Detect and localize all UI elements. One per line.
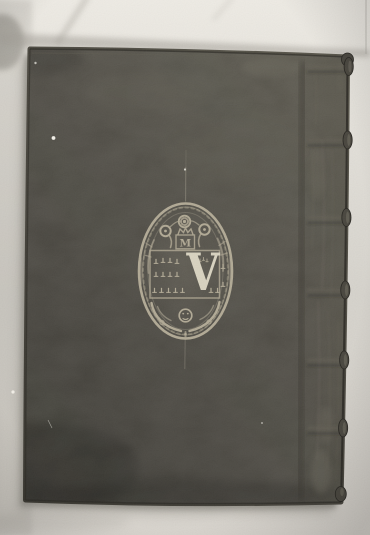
photo-canvas: M V — [0, 0, 370, 535]
film-grain — [0, 0, 370, 535]
photograph-of-book-cover: M V — [0, 0, 370, 535]
